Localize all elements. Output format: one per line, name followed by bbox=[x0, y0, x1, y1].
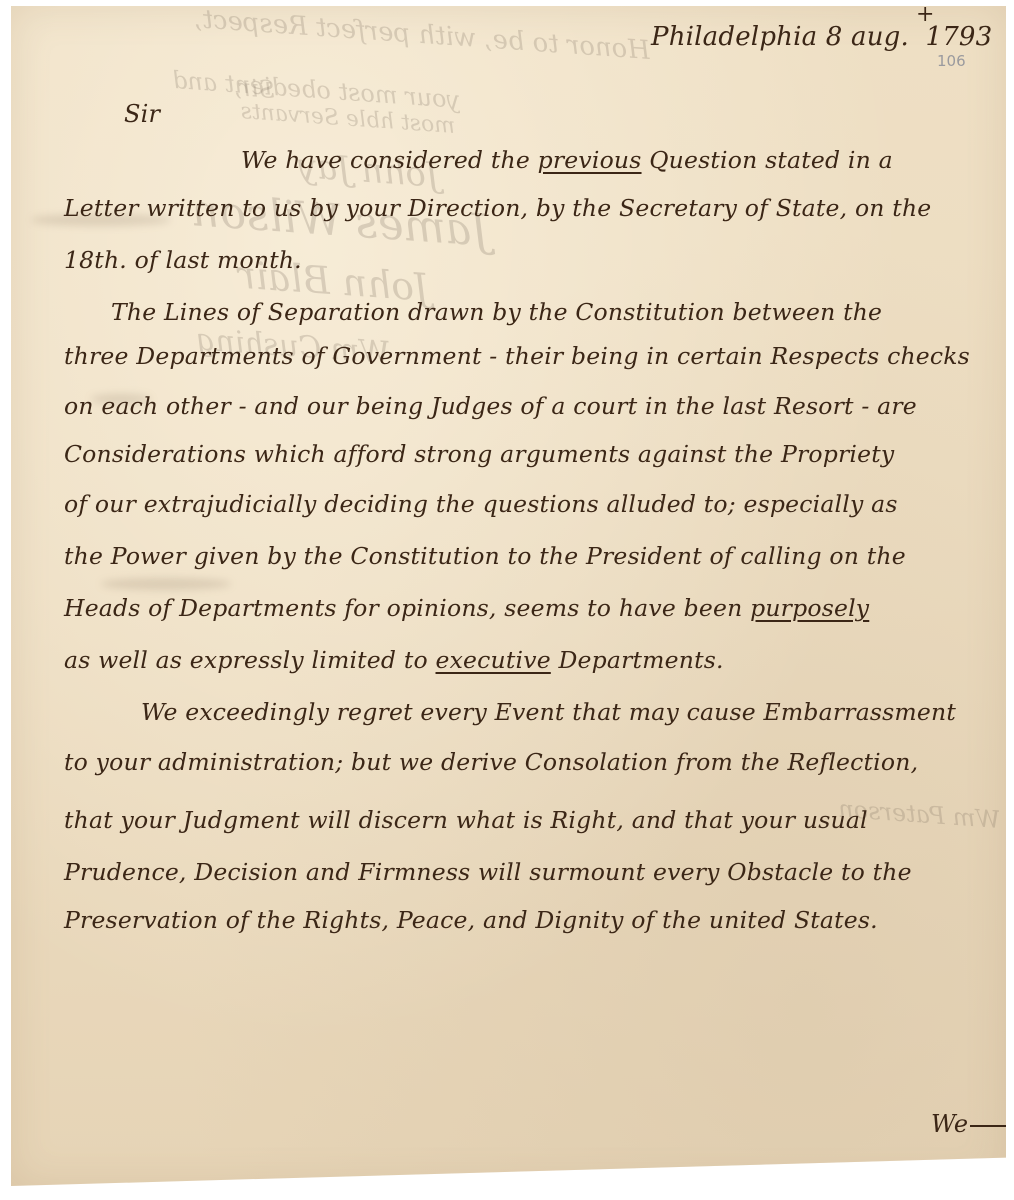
catchword-flourish bbox=[970, 1125, 1014, 1127]
dateline: Philadelphia 8 aug. 1793 bbox=[651, 22, 992, 52]
letter-line: Preservation of the Rights, Peace, and D… bbox=[64, 906, 878, 934]
dateline-place: Philadelphia bbox=[651, 22, 817, 52]
underlined-word: purposely bbox=[750, 594, 869, 622]
letter-line: on each other - and our being Judges of … bbox=[64, 392, 917, 420]
line-text: Heads of Departments for opinions, seems… bbox=[64, 594, 750, 622]
letter-line: Heads of Departments for opinions, seems… bbox=[64, 594, 869, 622]
letter-line: three Departments of Government - their … bbox=[64, 342, 970, 370]
line-text: Departments. bbox=[551, 646, 724, 674]
dateline-year: 1793 bbox=[925, 22, 992, 52]
letter-line: 18th. of last month. bbox=[64, 246, 302, 274]
line-text: Question stated in a bbox=[642, 146, 893, 174]
letter-line: Prudence, Decision and Firmness will sur… bbox=[64, 858, 912, 886]
letter-line: the Power given by the Constitution to t… bbox=[64, 542, 906, 570]
letter-page: Honor to be, with perfect Respect, Sir, … bbox=[11, 6, 1006, 1186]
letter-line: We exceedingly regret every Event that m… bbox=[141, 698, 956, 726]
letter-line: as well as expressly limited to executiv… bbox=[64, 646, 724, 674]
line-segment: as well as expressly limited to executiv… bbox=[64, 646, 724, 674]
letter-line: We have considered the previous Question… bbox=[241, 146, 893, 174]
letter-line: of our extrajudicially deciding the ques… bbox=[64, 490, 898, 518]
letter-line: The Lines of Separation drawn by the Con… bbox=[111, 298, 882, 326]
letter-line: to your administration; but we derive Co… bbox=[64, 748, 918, 776]
superscript-mark: + bbox=[916, 2, 935, 27]
line-segment: Heads of Departments for opinions, seems… bbox=[64, 594, 869, 622]
catchword: We bbox=[931, 1110, 1014, 1138]
ink-smudge bbox=[101, 578, 231, 590]
dateline-month: aug. bbox=[851, 22, 909, 52]
catchword-text: We bbox=[931, 1110, 968, 1138]
letter-line: that your Judgment will discern what is … bbox=[64, 806, 868, 834]
letter-line: Considerations which afford strong argum… bbox=[64, 440, 894, 468]
underlined-word: previous bbox=[538, 146, 642, 174]
bleed-through-line: Honor to be, with perfect Respect, bbox=[193, 4, 651, 66]
line-segment: We have considered the previous Question… bbox=[241, 146, 893, 174]
underlined-word: executive bbox=[436, 646, 551, 674]
letter-line: Letter written to us by your Direction, … bbox=[64, 194, 931, 222]
salutation: Sir bbox=[124, 100, 160, 128]
line-text: We have considered the bbox=[241, 146, 538, 174]
line-text: as well as expressly limited to bbox=[64, 646, 436, 674]
dateline-day: 8 bbox=[826, 22, 843, 52]
folio-number: 106 bbox=[937, 52, 966, 70]
